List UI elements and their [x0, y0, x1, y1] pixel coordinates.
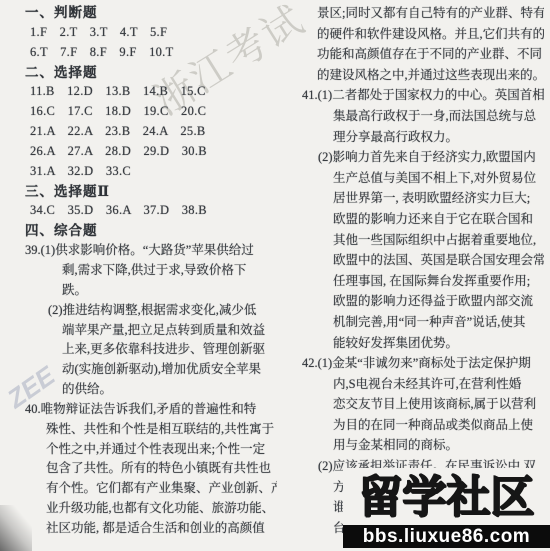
left-line-25: 有个性。它们都有产业集聚、产业创新、产: [25, 479, 277, 499]
right-line-10: 居世界第一, 表明欧盟经济实力巨大;: [302, 188, 544, 209]
left-line-19: 动(实施创新驱动),增加优质安全苹果: [25, 360, 277, 380]
left-line-5: 11.B 12.D 13.B 14.B 15.C: [25, 82, 277, 102]
right-line-2: 的硬件和软件建设风格。并且,它们共有的: [302, 24, 544, 45]
left-line-15: 跌。: [25, 281, 277, 301]
right-line-6: 集最高行政权于一身,而法国总统与总: [302, 106, 544, 127]
left-line-18: 上来,更多依靠科技进步、管理创新驱: [25, 340, 277, 360]
left-line-8: 26.A 27.A 28.D 29.D 30.B: [25, 142, 277, 162]
left-line-24: 包含了共性。所有的特色小镇既有共性也: [25, 459, 277, 479]
left-line-6: 16.C 17.C 18.D 19.C 20.C: [25, 102, 277, 122]
liuxue-watermark-logo: 留学社区 bbs.liuxue86.com: [343, 468, 550, 548]
scanned-answer-key-page: 浙江考试 ZEE 一、判断题1.F 2.T 3.T 4.T 5.F6.T 7.F…: [0, 0, 550, 551]
right-line-7: 理分享最高行政权力。: [302, 127, 544, 148]
right-line-8: (2)影响力首先来自于经济实力,欧盟国内: [302, 147, 544, 168]
right-line-11: 欧盟的影响力还来自于它在联合国和: [302, 209, 544, 230]
right-line-18: 42.(1)金某“非诚勿来”商标处于法定保护期: [302, 353, 544, 374]
left-line-1: 一、判断题: [25, 3, 277, 23]
right-line-22: 用与金某相同的商标。: [302, 435, 544, 456]
left-column: 一、判断题1.F 2.T 3.T 4.T 5.F6.T 7.F 8.F 9.F …: [25, 3, 277, 539]
left-line-9: 31.A 32.D 33.C: [25, 162, 277, 182]
right-line-4: 的建设风格之中,并通过这些表现出来的。: [302, 65, 544, 86]
left-line-10: 三、选择题Ⅱ: [25, 182, 277, 202]
right-line-13: 欧盟中的法国、英国是联合国安理会常: [302, 250, 544, 271]
left-line-7: 21.A 22.A 23.B 24.A 25.B: [25, 122, 277, 142]
left-line-2: 1.F 2.T 3.T 4.T 5.F: [25, 23, 277, 43]
right-line-12: 其他一些国际组织中占据着重要地位,: [302, 230, 544, 251]
right-line-19: 内,S电视台未经其许可,在营利性婚: [302, 374, 544, 395]
right-line-5: 41.(1)二者都处于国家权力的中心。英国首相: [302, 85, 544, 106]
logo-title: 留学社区: [343, 470, 550, 525]
right-line-15: 欧盟的影响力还得益于欧盟内部交流: [302, 291, 544, 312]
left-line-11: 34.C 35.D 36.A 37.D 38.B: [25, 201, 277, 221]
left-line-20: 的供给。: [25, 380, 277, 400]
left-line-26: 业升级功能,也都有文化功能、旅游功能、: [25, 499, 277, 519]
right-line-14: 任理事国, 在国际舞台发挥重要作用;: [302, 271, 544, 292]
page-corner-shadow: [0, 505, 32, 551]
right-line-3: 功能和高颜值存在于不同的产业群、不同: [302, 44, 544, 65]
right-line-9: 生产总值与美国不相上下,对外贸易位: [302, 168, 544, 189]
left-line-16: (2)推进结构调整,根据需求变化,减少低: [25, 301, 277, 321]
right-column: 景区;同时又都有自己特有的产业群、特有的硬件和软件建设风格。并且,它们共有的功能…: [302, 3, 544, 538]
logo-url: bbs.liuxue86.com: [343, 525, 550, 548]
left-line-27: 社区功能, 都是适合生活和创业的高颜值: [25, 519, 277, 539]
right-line-21: 为目的在同一种商品或类似商品上使: [302, 415, 544, 436]
left-line-23: 个性之中,并通过个性表现出来;个性一定: [25, 440, 277, 460]
left-line-4: 二、选择题: [25, 63, 277, 83]
right-line-16: 机制完善,用“同一种声音”说话,使其: [302, 312, 544, 333]
left-line-12: 四、综合题: [25, 221, 277, 241]
left-line-3: 6.T 7.F 8.F 9.F 10.T: [25, 43, 277, 63]
right-line-1: 景区;同时又都有自己特有的产业群、特有: [302, 3, 544, 24]
left-line-17: 端苹果产量,把立足点转到质量和效益: [25, 321, 277, 341]
right-line-20: 恋交友节目上使用该商标,属于以营利: [302, 394, 544, 415]
left-line-13: 39.(1)供求影响价格。“大路货”苹果供给过: [25, 241, 277, 261]
right-line-17: 能较好发挥集团优势。: [302, 333, 544, 354]
left-line-14: 剩,需求下降,供过于求,导致价格下: [25, 261, 277, 281]
left-line-21: 40.唯物辩证法告诉我们,矛盾的普遍性和特: [25, 400, 277, 420]
left-line-22: 殊性、共性和个性是相互联结的,共性寓于: [25, 420, 277, 440]
